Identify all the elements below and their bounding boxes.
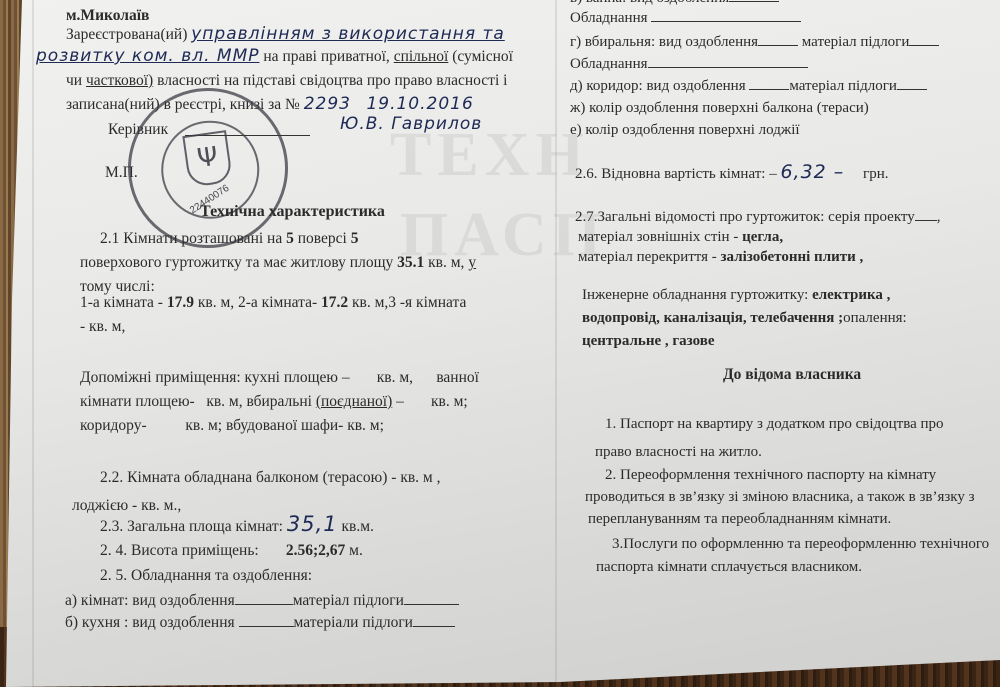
partial-ownership: часткової) bbox=[86, 72, 153, 89]
walls-value: цегла, bbox=[742, 229, 783, 245]
notice-item3-a: 3.Послуги по оформленню та переоформленн… bbox=[612, 532, 989, 557]
equipment-label: Обладнання bbox=[570, 10, 648, 26]
blank-field bbox=[915, 206, 937, 221]
blank-field bbox=[909, 31, 939, 46]
room2-label: 2-а кімната- bbox=[238, 294, 317, 311]
loggia-color: е) колір оздоблення поверхні лоджії bbox=[570, 118, 800, 143]
b-floor: матеріали підлоги bbox=[294, 614, 413, 631]
auxiliary-line2: кімнати площею- кв. м, вбиральні (поєдна… bbox=[80, 389, 468, 414]
handwritten-registry-date: 19.10.2016 bbox=[366, 94, 473, 114]
basis-line: чи часткової) власності на підставі свід… bbox=[66, 68, 507, 93]
ownership-line: розвитку ком. вл. ММР на праві приватної… bbox=[36, 44, 513, 69]
blank-field bbox=[235, 590, 293, 605]
room1-unit: кв. м, bbox=[198, 294, 234, 311]
restoration-cost-value: 6,32 – bbox=[780, 161, 844, 183]
auxiliary-line1: Допоміжні приміщення: кухні площею – кв.… bbox=[80, 365, 479, 390]
blank-field bbox=[897, 75, 927, 90]
room2-area: 17.2 bbox=[321, 294, 348, 311]
aux-text: – bbox=[396, 393, 404, 410]
p2-3-line: 2.3. Загальна площа кімнат: 35,1 кв.м. bbox=[100, 512, 374, 539]
floors-total-value: 5 bbox=[351, 230, 359, 247]
restoration-cost-label: 2.6. Відновна вартість кімнат: bbox=[575, 166, 765, 182]
comma: , bbox=[937, 209, 941, 225]
heating-value: центральне , газове bbox=[582, 329, 715, 354]
dash: – bbox=[769, 166, 777, 182]
notice-title: До відома власника bbox=[723, 362, 861, 387]
floor-value: 5 bbox=[286, 230, 294, 247]
engineering-label: Інженерне обладнання гуртожитку: bbox=[582, 287, 808, 303]
ceiling-value: залізобетонні плити , bbox=[721, 249, 864, 265]
registered-label: Зареєстрована(ий) bbox=[66, 26, 187, 43]
corridor-floor: матеріал підлоги bbox=[789, 78, 897, 94]
engineering-line2: водопровід, каналізація, телебачення ;оп… bbox=[582, 306, 907, 331]
notice-item3-b: паспорта кімнати сплачується власником. bbox=[596, 555, 862, 580]
p2-6-line: 2.6. Відновна вартість кімнат: – 6,32 – … bbox=[575, 160, 888, 187]
shared-ownership: спільної bbox=[394, 48, 449, 65]
engineering-value: електрика , bbox=[812, 287, 890, 303]
living-area-value: 35.1 bbox=[397, 254, 424, 271]
aux-text: кв. м; вбудованої шафи- кв. м; bbox=[185, 417, 384, 434]
total-area-label: 2.3. Загальна площа кімнат: bbox=[100, 518, 283, 535]
notice-item1-a: 1. Паспорт на квартиру з додатком про св… bbox=[605, 412, 944, 437]
right-column: в) ванна: вид оздоблення Обладнання г) в… bbox=[560, 0, 1000, 687]
blank-field bbox=[749, 75, 789, 90]
aux-text: кв. м, вбиральні bbox=[206, 393, 312, 410]
or-text: чи bbox=[66, 72, 82, 89]
blank-field bbox=[758, 31, 798, 46]
height-label: 2. 4. Висота приміщень: bbox=[100, 542, 259, 559]
currency-unit: грн. bbox=[863, 166, 888, 182]
toilet-label: г) вбиральня: вид оздоблення bbox=[570, 34, 758, 50]
aux-text: коридору- bbox=[80, 417, 147, 434]
total-area-unit: кв.м. bbox=[341, 518, 373, 535]
handwritten-org-2: розвитку ком. вл. ММР bbox=[36, 46, 260, 66]
a-floor: матеріал підлоги bbox=[293, 592, 404, 609]
p2-1-line2: поверхового гуртожитку та має житлову пл… bbox=[80, 250, 476, 275]
blank-field bbox=[648, 53, 808, 68]
p2-1-text: у bbox=[468, 254, 476, 271]
p2-2-line1: 2.2. Кімната обладнана балконом (терасою… bbox=[100, 465, 441, 490]
p2-4-line: 2. 4. Висота приміщень: 2.56;2,67 м. bbox=[100, 538, 363, 563]
aux-text: кв. м, bbox=[377, 369, 413, 386]
blank-field bbox=[239, 612, 294, 627]
heating-label: опалення: bbox=[843, 310, 907, 326]
ownership-text: на праві приватної, bbox=[263, 48, 389, 65]
aux-text: Допоміжні приміщення: кухні площею – bbox=[80, 369, 350, 386]
corridor-label: д) коридор: вид оздоблення bbox=[570, 78, 746, 94]
blank-field bbox=[404, 590, 459, 605]
p2-1-rooms: 1-а кімната - 17.9 кв. м, 2-а кімната- 1… bbox=[80, 290, 466, 315]
aux-text: кімнати площею- bbox=[80, 393, 195, 410]
tech-section-title: Технічна характеристика bbox=[200, 199, 385, 224]
combined-bathroom: (поєднаної) bbox=[316, 393, 392, 410]
room1-label: 1-а кімната - bbox=[80, 294, 163, 311]
a-label: а) кімнат: вид оздоблення bbox=[65, 592, 235, 609]
toilet-floor: матеріал підлоги bbox=[802, 34, 910, 50]
bath-equipment: Обладнання bbox=[570, 6, 801, 31]
engineering-value: водопровід, каналізація, телебачення ; bbox=[582, 310, 843, 326]
handwritten-signature: Ю.В. Гаврилов bbox=[340, 112, 482, 137]
b-label: б) кухня : вид оздоблення bbox=[65, 614, 235, 631]
p2-1-text: 2.1 Кімнати розташовані на bbox=[100, 230, 282, 247]
blank-field bbox=[413, 612, 455, 627]
auxiliary-line3: коридору- кв. м; вбудованої шафи- кв. м; bbox=[80, 413, 384, 438]
p2-5-label: 2. 5. Обладнання та оздоблення: bbox=[100, 563, 312, 588]
p2-5-b: б) кухня : вид оздоблення матеріали підл… bbox=[65, 610, 455, 635]
walls-label: матеріал зовнішніх стін - bbox=[578, 229, 738, 245]
dorm-info-label: 2.7.Загальні відомості про гуртожиток: с… bbox=[575, 209, 915, 225]
document-page: ТЕХН ПАСП м.Миколаїв Зареєстрована(ий) у… bbox=[0, 0, 1000, 687]
handwritten-registry-number: 2293 bbox=[304, 94, 351, 114]
p2-1-text: кв. м, bbox=[428, 254, 464, 271]
equipment-label: Обладнання bbox=[570, 56, 648, 72]
p2-1-text: поверхового гуртожитку та має житлову пл… bbox=[80, 254, 393, 271]
total-area-value: 35,1 bbox=[287, 512, 338, 536]
left-column: м.Миколаїв Зареєстрована(ий) управлінням… bbox=[0, 0, 560, 687]
aux-text: ванної bbox=[436, 369, 479, 386]
p2-1-text: поверсі bbox=[298, 230, 347, 247]
joint-text: (сумісної bbox=[452, 48, 513, 65]
notice-item1-b: право власності на житло. bbox=[595, 440, 762, 465]
engineering-line1: Інженерне обладнання гуртожитку: електри… bbox=[582, 283, 890, 308]
ceiling-label: матеріал перекриття - bbox=[578, 249, 717, 265]
blank-field bbox=[729, 0, 779, 2]
room3-unit: - кв. м, bbox=[80, 314, 125, 339]
basis-text: власності на підставі свідоцтва про прав… bbox=[157, 72, 507, 89]
height-value: 2.56;2,67 bbox=[286, 542, 345, 559]
room2-unit: кв. м,3 -я кімната bbox=[352, 294, 466, 311]
room1-area: 17.9 bbox=[167, 294, 194, 311]
p2-1-line1: 2.1 Кімнати розташовані на 5 поверсі 5 bbox=[100, 226, 358, 251]
aux-text: кв. м; bbox=[431, 393, 468, 410]
notice-item2-c: переплануванням та переобладнанням кімна… bbox=[588, 507, 891, 532]
height-unit: м. bbox=[349, 542, 363, 559]
handwritten-org: управлінням з використання та bbox=[191, 24, 505, 44]
ceiling-line: матеріал перекриття - залізобетонні плит… bbox=[578, 245, 863, 270]
blank-field bbox=[651, 7, 801, 22]
